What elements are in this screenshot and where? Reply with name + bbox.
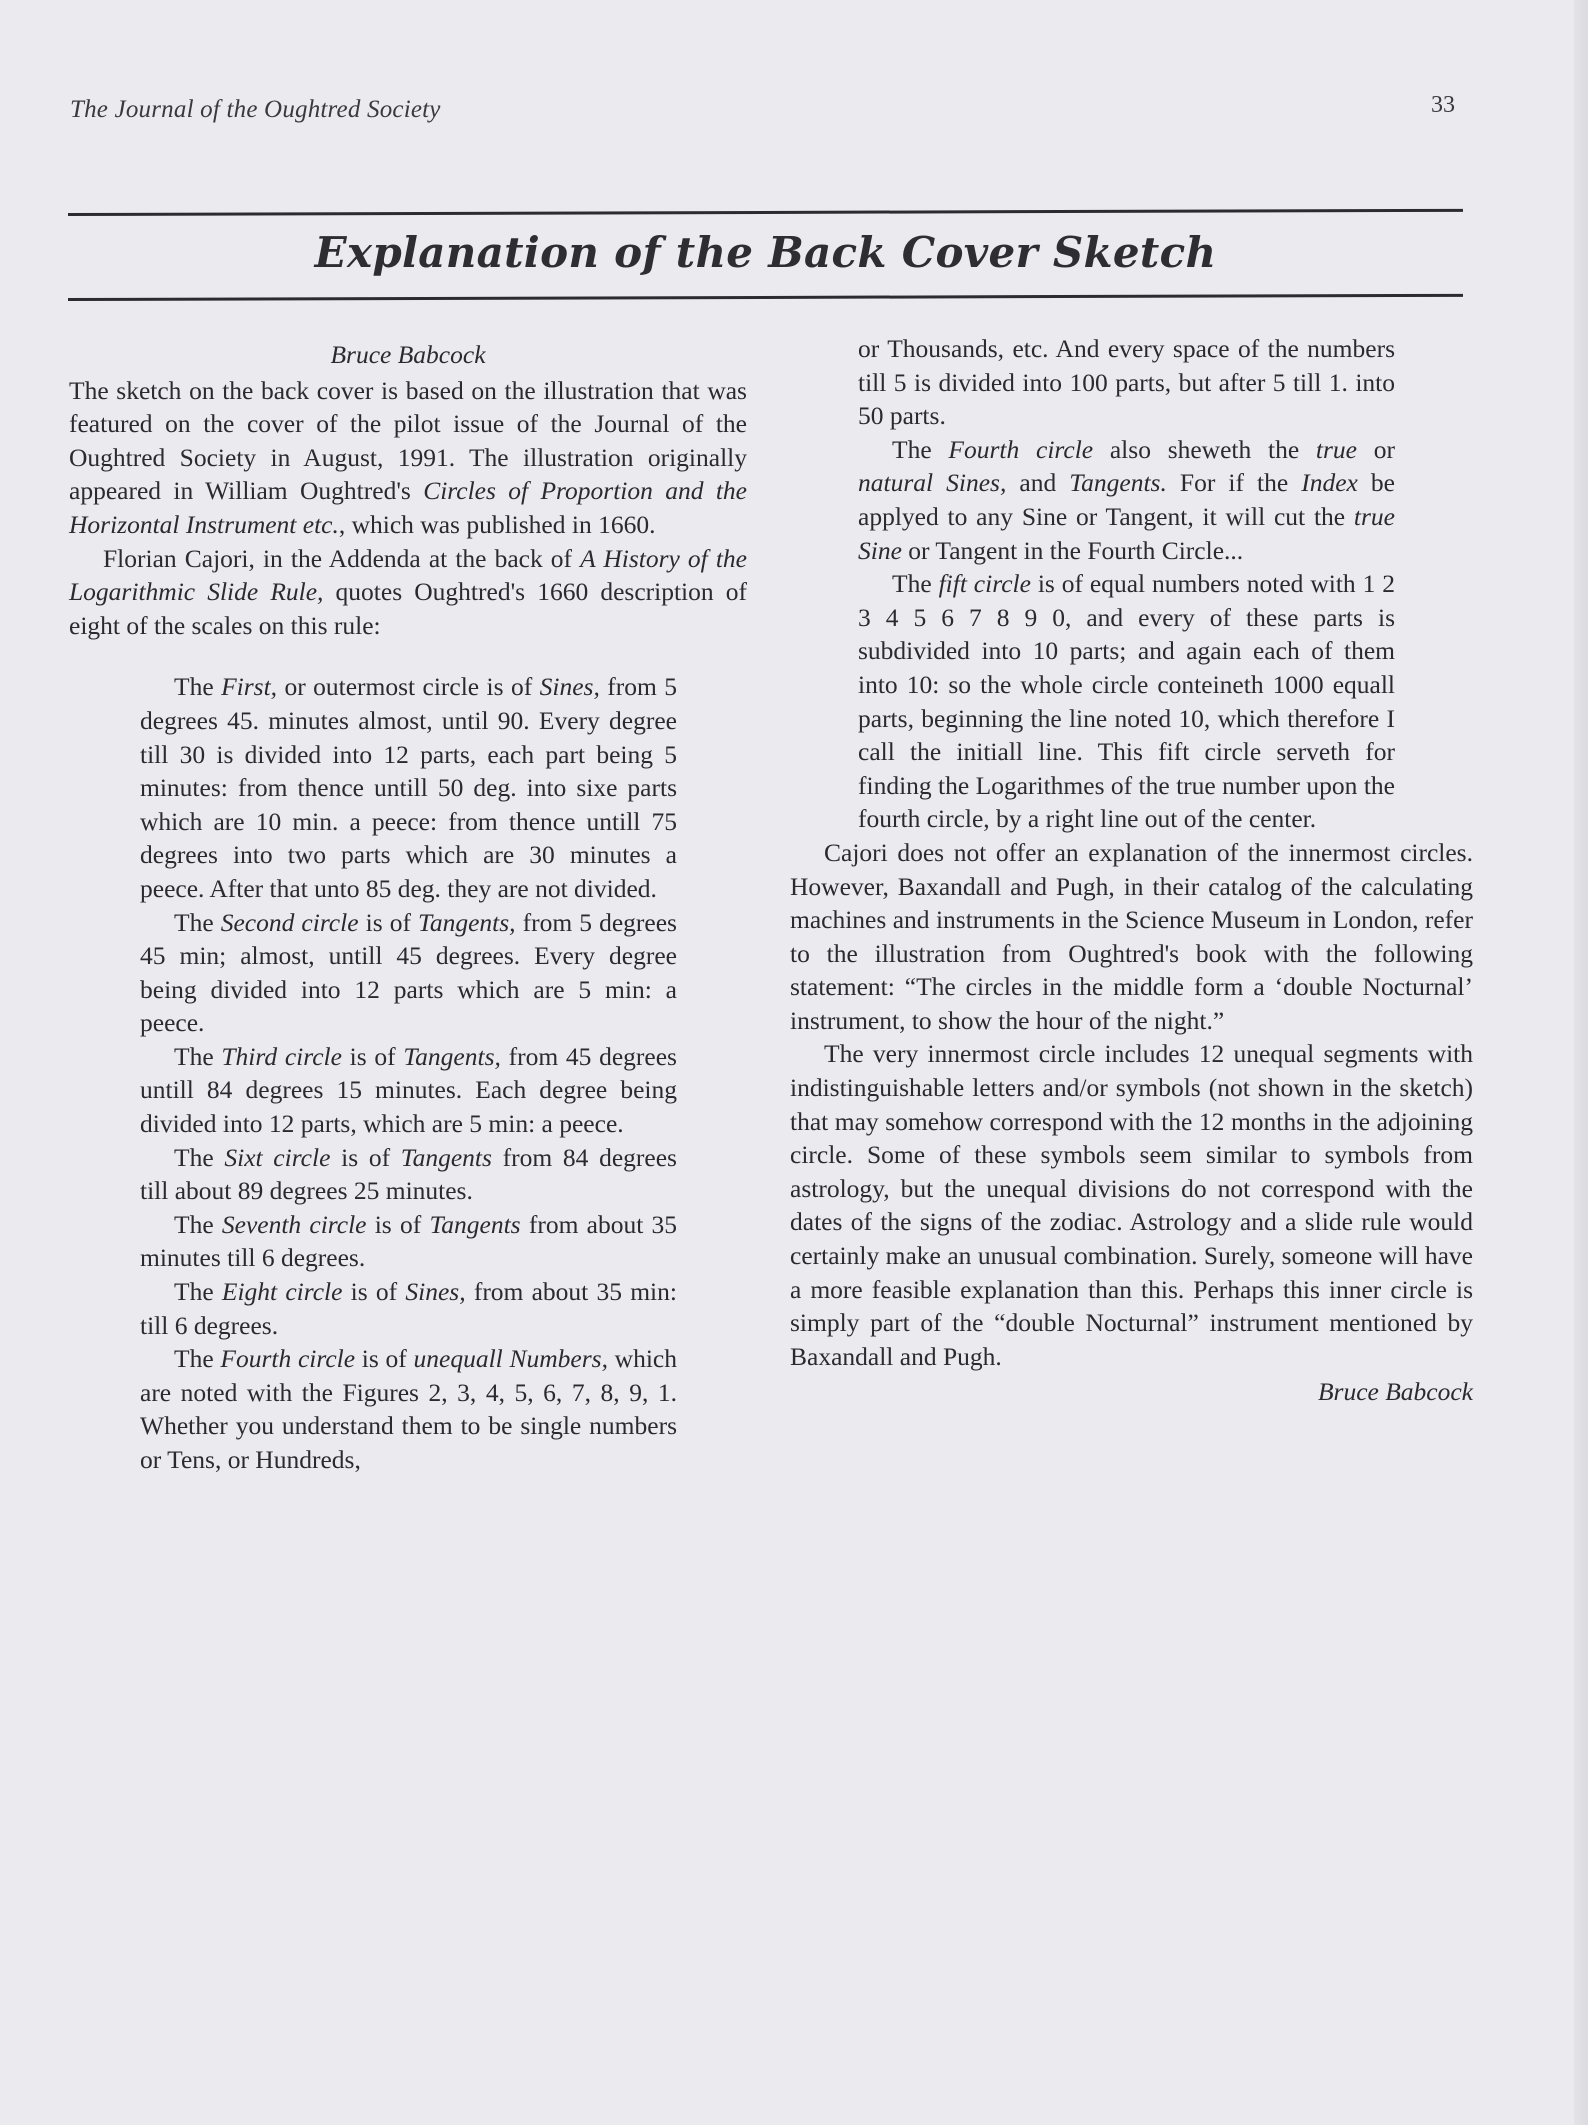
- quote-second-circle: The Second circle is of Tangents, from 5…: [140, 906, 677, 1040]
- title-rule-bottom: [68, 294, 1463, 301]
- quote-eight-circle: The Eight circle is of Sines, from about…: [140, 1275, 677, 1342]
- page-edge: [1574, 0, 1588, 2125]
- block-quote: The First, or outermost circle is of Sin…: [140, 670, 677, 1476]
- page-number: 33: [1431, 92, 1455, 119]
- discussion-paragraph-1: Cajori does not offer an explanation of …: [790, 836, 1473, 1038]
- block-quote-continued: or Thousands, etc. And every space of th…: [858, 332, 1395, 836]
- quote-fourth-circle-continued: or Thousands, etc. And every space of th…: [858, 332, 1395, 433]
- quote-sixt-circle: The Sixt circle is of Tangents from 84 d…: [140, 1141, 677, 1208]
- title-rule-top: [68, 209, 1463, 216]
- quote-fourth-circle-also: The Fourth circle also sheweth the true …: [858, 433, 1395, 567]
- author-signature: Bruce Babcock: [790, 1375, 1473, 1409]
- running-head-journal-title: The Journal of the Oughtred Society: [70, 96, 441, 124]
- quote-third-circle: The Third circle is of Tangents, from 45…: [140, 1040, 677, 1141]
- right-column: or Thousands, etc. And every space of th…: [790, 332, 1473, 1409]
- quote-seventh-circle: The Seventh circle is of Tangents from a…: [140, 1208, 677, 1275]
- byline: Bruce Babcock: [69, 338, 747, 372]
- article-title: Explanation of the Back Cover Sketch: [68, 228, 1463, 277]
- intro-paragraph-2: Florian Cajori, in the Addenda at the ba…: [69, 542, 747, 643]
- quote-first-circle: The First, or outermost circle is of Sin…: [140, 670, 677, 905]
- left-column: Bruce Babcock The sketch on the back cov…: [69, 338, 747, 1477]
- quote-fourth-circle: The Fourth circle is of unequall Numbers…: [140, 1342, 677, 1476]
- discussion-paragraph-2: The very innermost circle includes 12 un…: [790, 1037, 1473, 1373]
- intro-paragraph-1: The sketch on the back cover is based on…: [69, 374, 747, 542]
- quote-fift-circle: The fift circle is of equal numbers note…: [858, 567, 1395, 836]
